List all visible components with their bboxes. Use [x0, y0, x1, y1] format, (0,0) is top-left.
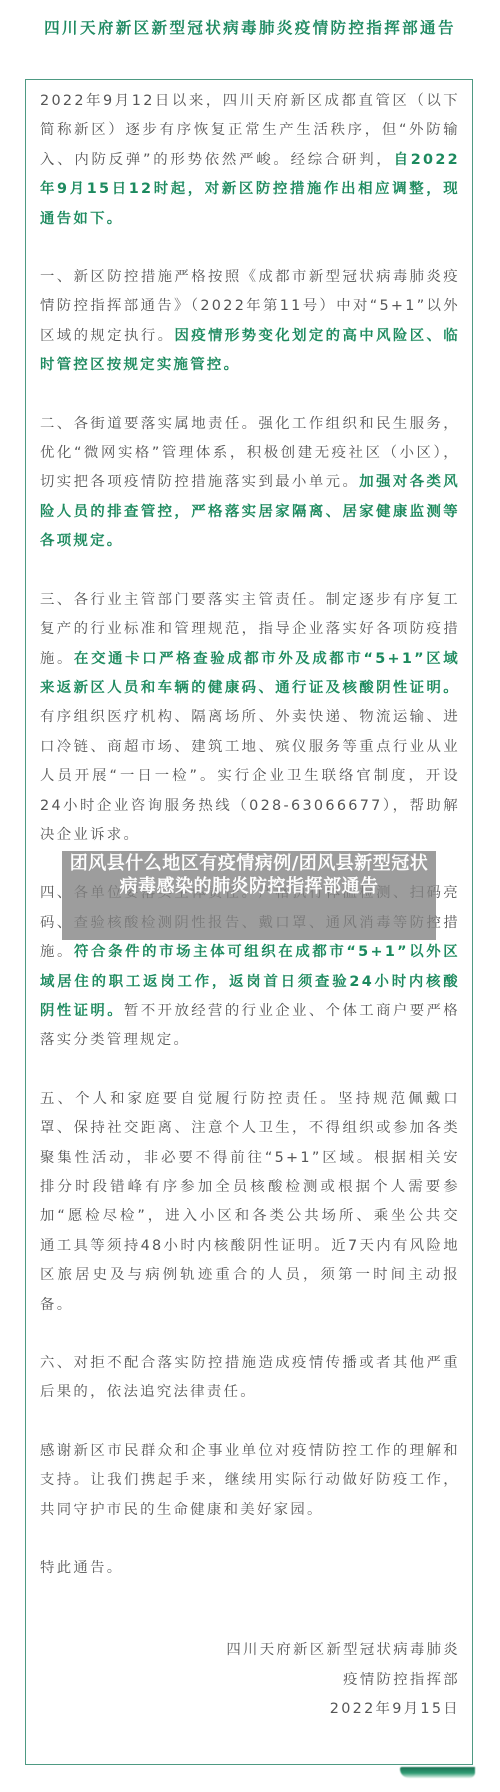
decorative-brush-stroke — [400, 1767, 475, 1778]
signature-org-line-2: 疫情防控指挥部 — [40, 1666, 460, 1695]
section-2: 二、各街道要落实属地责任。强化工作组织和民生服务，优化“微网实格”管理体系，积极… — [40, 410, 460, 557]
section-5-text: 五、个人和家庭要自觉履行防控责任。坚持规范佩戴口罩、保持社交距离、注意个人卫生，… — [40, 1091, 460, 1313]
thanks-paragraph: 感谢新区市民群众和企事业单位对疫情防控工作的理解和支持。让我们携起手来，继续用实… — [40, 1437, 460, 1525]
section-6-text: 六、对拒不配合落实防控措施造成疫情传播或者其他严重后果的，依法追究法律责任。 — [40, 1355, 460, 1400]
signature-date: 2022年9月15日 — [40, 1695, 460, 1724]
intro-paragraph: 2022年9月12日以来，四川天府新区成都直管区（以下简称新区）逐步有序恢复正常… — [40, 87, 460, 234]
section-6: 六、对拒不配合落实防控措施造成疫情传播或者其他严重后果的，依法追究法律责任。 — [40, 1349, 460, 1408]
signature-org-line-1: 四川天府新区新型冠状病毒肺炎 — [40, 1636, 460, 1665]
closing-text: 特此通告。 — [40, 1554, 460, 1583]
section-3-text-2: 有序组织医疗机构、隔离场所、外卖快递、物流运输、进口冷链、商超市场、建筑工地、殡… — [40, 709, 460, 843]
page-title: 四川天府新区新型冠状病毒肺炎疫情防控指挥部通告 — [0, 16, 500, 38]
section-3-highlight: 在交通卡口严格查验成都市外及成都市“5+1”区域来返新区人员和车辆的健康码、通行… — [40, 651, 460, 696]
section-5: 五、个人和家庭要自觉履行防控责任。坚持规范佩戴口罩、保持社交距离、注意个人卫生，… — [40, 1085, 460, 1320]
section-1: 一、新区防控措施严格按照《成都市新型冠状病毒肺炎疫情防控指挥部通告》（2022年… — [40, 263, 460, 381]
caption-overlay-text: 团风县什么地区有疫情病例/团风县新型冠状病毒感染的肺炎防控指挥部通告 — [62, 852, 436, 898]
section-3: 三、各行业主管部门要落实主管责任。制定逐步有序复工复产的行业标准和管理规范，指导… — [40, 586, 460, 851]
